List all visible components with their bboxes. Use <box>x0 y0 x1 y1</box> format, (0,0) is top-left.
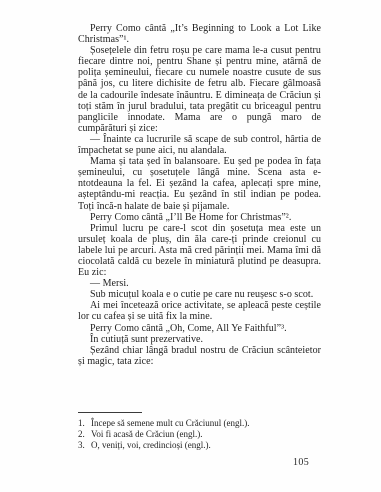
footnote-marker: 2. <box>78 429 91 440</box>
paragraph-dialogue: — Înainte ca lucrurile să scape de sub c… <box>78 134 321 156</box>
footnote-text: O, veniți, voi, credincioși (engl.). <box>91 440 323 451</box>
footnote: 2. Voi fi acasă de Crăciun (engl.). <box>78 429 323 440</box>
paragraph: Primul lucru pe care-l scot din șosetuța… <box>78 223 321 278</box>
footnote: 1. Începe să semene mult cu Crăciunul (e… <box>78 418 323 429</box>
footnote-marker: 3. <box>78 440 91 451</box>
paragraph-dialogue: — Mersi. <box>78 278 321 289</box>
footnote: 3. O, veniți, voi, credincioși (engl.). <box>78 440 323 451</box>
paragraph: Ai mei încetează orice activitate, se ap… <box>78 300 321 322</box>
paragraph: Șezând chiar lângă bradul nostru de Crăc… <box>78 345 321 367</box>
paragraph: În cutiuță sunt prezervative. <box>78 334 321 345</box>
footnote-marker: 1. <box>78 418 91 429</box>
footnote-text: Voi fi acasă de Crăciun (engl.). <box>91 429 323 440</box>
paragraph: Perry Como cântă „Oh, Come, All Ye Faith… <box>78 323 321 334</box>
footnotes-section: 1. Începe să semene mult cu Crăciunul (e… <box>78 412 323 452</box>
book-page: Perry Como cântă „It’s Beginning to Look… <box>0 0 381 492</box>
paragraph: Mama și tata șed în balansoare. Eu șed p… <box>78 156 321 211</box>
paragraph: Șosețelele din fetru roșu pe care mama l… <box>78 45 321 134</box>
page-number: 105 <box>293 457 309 468</box>
body-text: Perry Como cântă „It’s Beginning to Look… <box>78 23 321 367</box>
paragraph: Perry Como cântă „I’ll Be Home for Chris… <box>78 212 321 223</box>
footnote-text: Începe să semene mult cu Crăciunul (engl… <box>91 418 323 429</box>
footnote-separator <box>78 412 142 413</box>
paragraph: Perry Como cântă „It’s Beginning to Look… <box>78 23 321 45</box>
paragraph: Sub micuțul koala e o cutie pe care nu r… <box>78 289 321 300</box>
